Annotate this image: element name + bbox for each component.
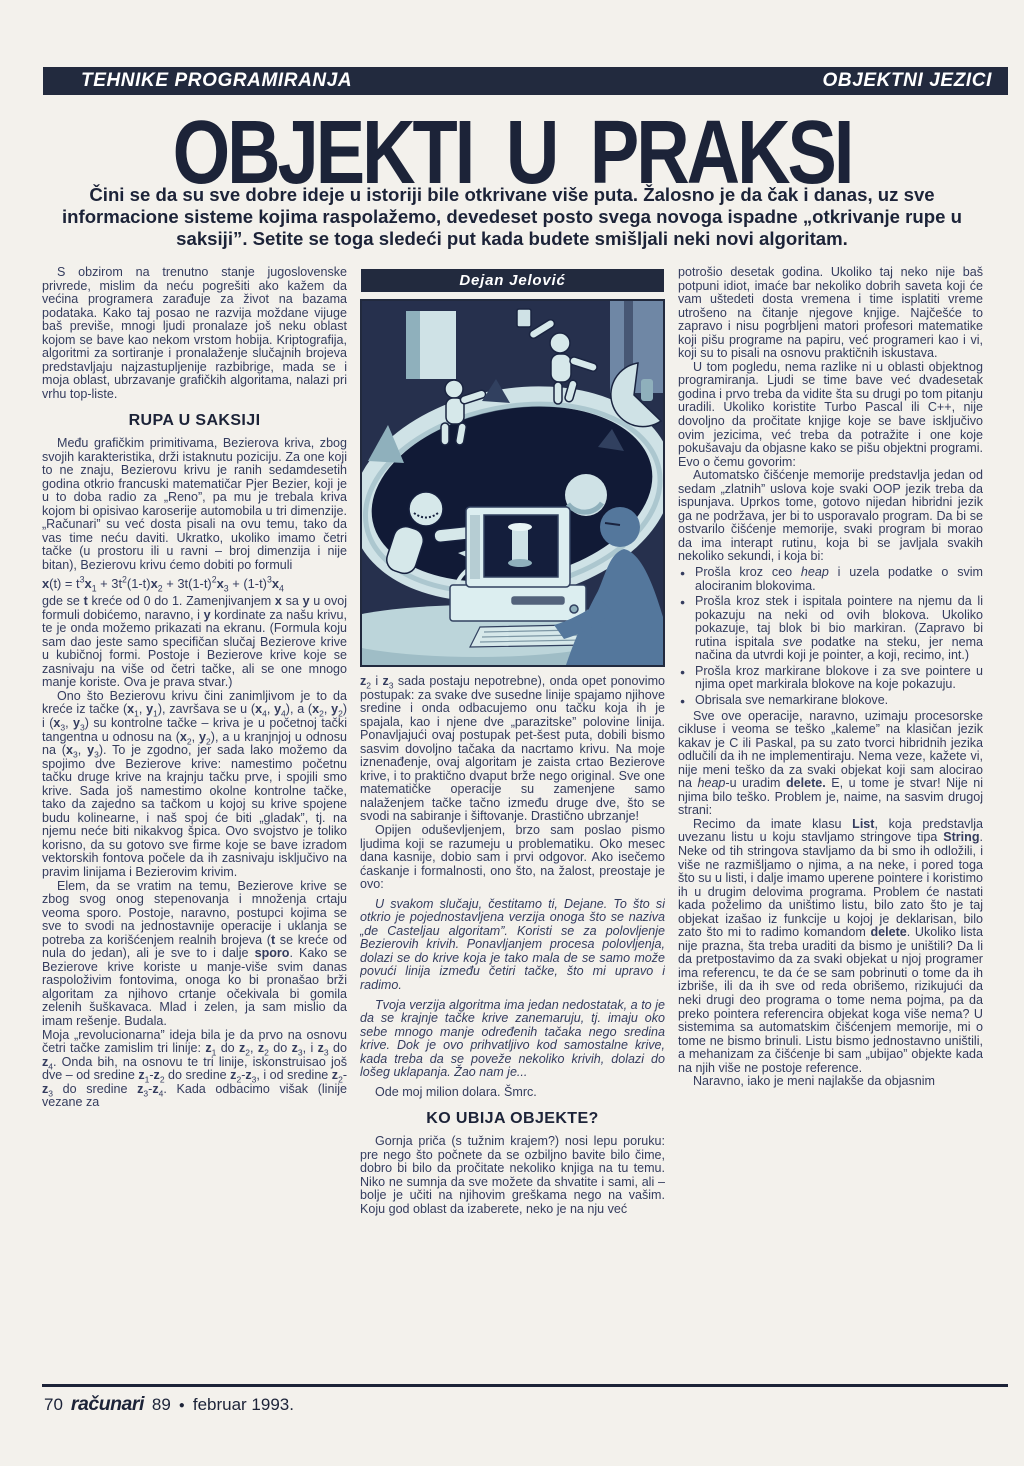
column-middle-text: z2 i z3 sada postaju nepotrebne), onda o… [360,675,665,1216]
lead-paragraph: Čini se da su sve dobre ideje u istoriji… [40,184,984,250]
article-columns: S obzirom na trenutno stanje jugoslovens… [42,266,983,1380]
illustration-caption: Dejan Jelović [361,269,664,292]
paragraph: Recimo da imate klasu List, koja predsta… [678,818,983,1075]
column-right: potrošio desetak godina. Ukoliko taj nek… [678,266,983,1380]
paragraph: Među grafičkim primitivama, Bezierova kr… [42,437,347,572]
paragraph: Tvoja verzija algoritma ima jedan nedost… [360,999,665,1080]
footer-magazine-logo: računari [71,1393,144,1416]
column-middle: Dejan Jelović [360,266,665,1380]
paragraph: U svakom slučaju, čestitamo ti, Dejane. … [360,898,665,993]
paragraph: Ono što Bezierovu krivu čini zanimljivom… [42,690,347,880]
footer-rule [42,1384,1008,1387]
section-header-bar: TEHNIKE PROGRAMIRANJA OBJEKTNI JEZICI [43,67,1008,95]
footer: 70 računari 89 ● februar 1993. [44,1393,294,1416]
bullet-item: Prošla kroz ceo heap i uzela podatke o s… [678,566,983,593]
paragraph: gde se t kreće od 0 do 1. Zamenjivanjem … [42,595,347,690]
bullet-item: Obrisala sve nemarkirane blokove. [678,694,983,708]
footer-date: februar 1993. [193,1395,294,1415]
bullet-item: Prošla kroz stek i ispitala pointere na … [678,595,983,663]
paragraph: Elem, da se vratim na temu, Bezierove kr… [42,880,347,1029]
paragraph: Gornja priča (s tužnim krajem?) nosi lep… [360,1135,665,1216]
footer-bullet-icon: ● [179,1400,185,1411]
paragraph: potrošio desetak godina. Ukoliko taj nek… [678,266,983,361]
paragraph: z2 i z3 sada postaju nepotrebne), onda o… [360,675,665,824]
section-heading: RUPA U SAKSIJI [42,414,347,428]
illustration-image [362,301,663,665]
section-heading: KO UBIJA OBJEKTE? [360,1112,665,1126]
paragraph: Naravno, iako je meni najlakše da objasn… [678,1075,983,1089]
paragraph: Moja „revolucionarna” ideja bila je da p… [42,1029,347,1110]
paragraph: Ode moj milion dolara. Šmrc. [360,1086,665,1100]
footer-page-number: 70 [44,1395,63,1415]
paragraph: S obzirom na trenutno stanje jugoslovens… [42,266,347,401]
illustration-frame [360,299,665,667]
formula: x(t) = t3x1 + 3t2(1-t)x2 + 3t(1-t)2x3 + … [42,577,347,591]
magazine-page: TEHNIKE PROGRAMIRANJA OBJEKTNI JEZICI OB… [0,0,1024,1466]
header-left-label: TEHNIKE PROGRAMIRANJA [81,70,352,92]
paragraph: Opijen oduševljenjem, brzo sam poslao pi… [360,824,665,892]
bullet-item: Prošla kroz markirane blokove i za sve p… [678,665,983,692]
paragraph: Automatsko čišćenje memorije predstavlja… [678,469,983,564]
paragraph: Sve ove operacije, naravno, uzimaju proc… [678,710,983,818]
paragraph: U tom pogledu, nema razlike ni u oblasti… [678,361,983,469]
header-right-label: OBJEKTNI JEZICI [823,70,992,92]
footer-issue-number: 89 [152,1395,171,1415]
column-left: S obzirom na trenutno stanje jugoslovens… [42,266,347,1380]
